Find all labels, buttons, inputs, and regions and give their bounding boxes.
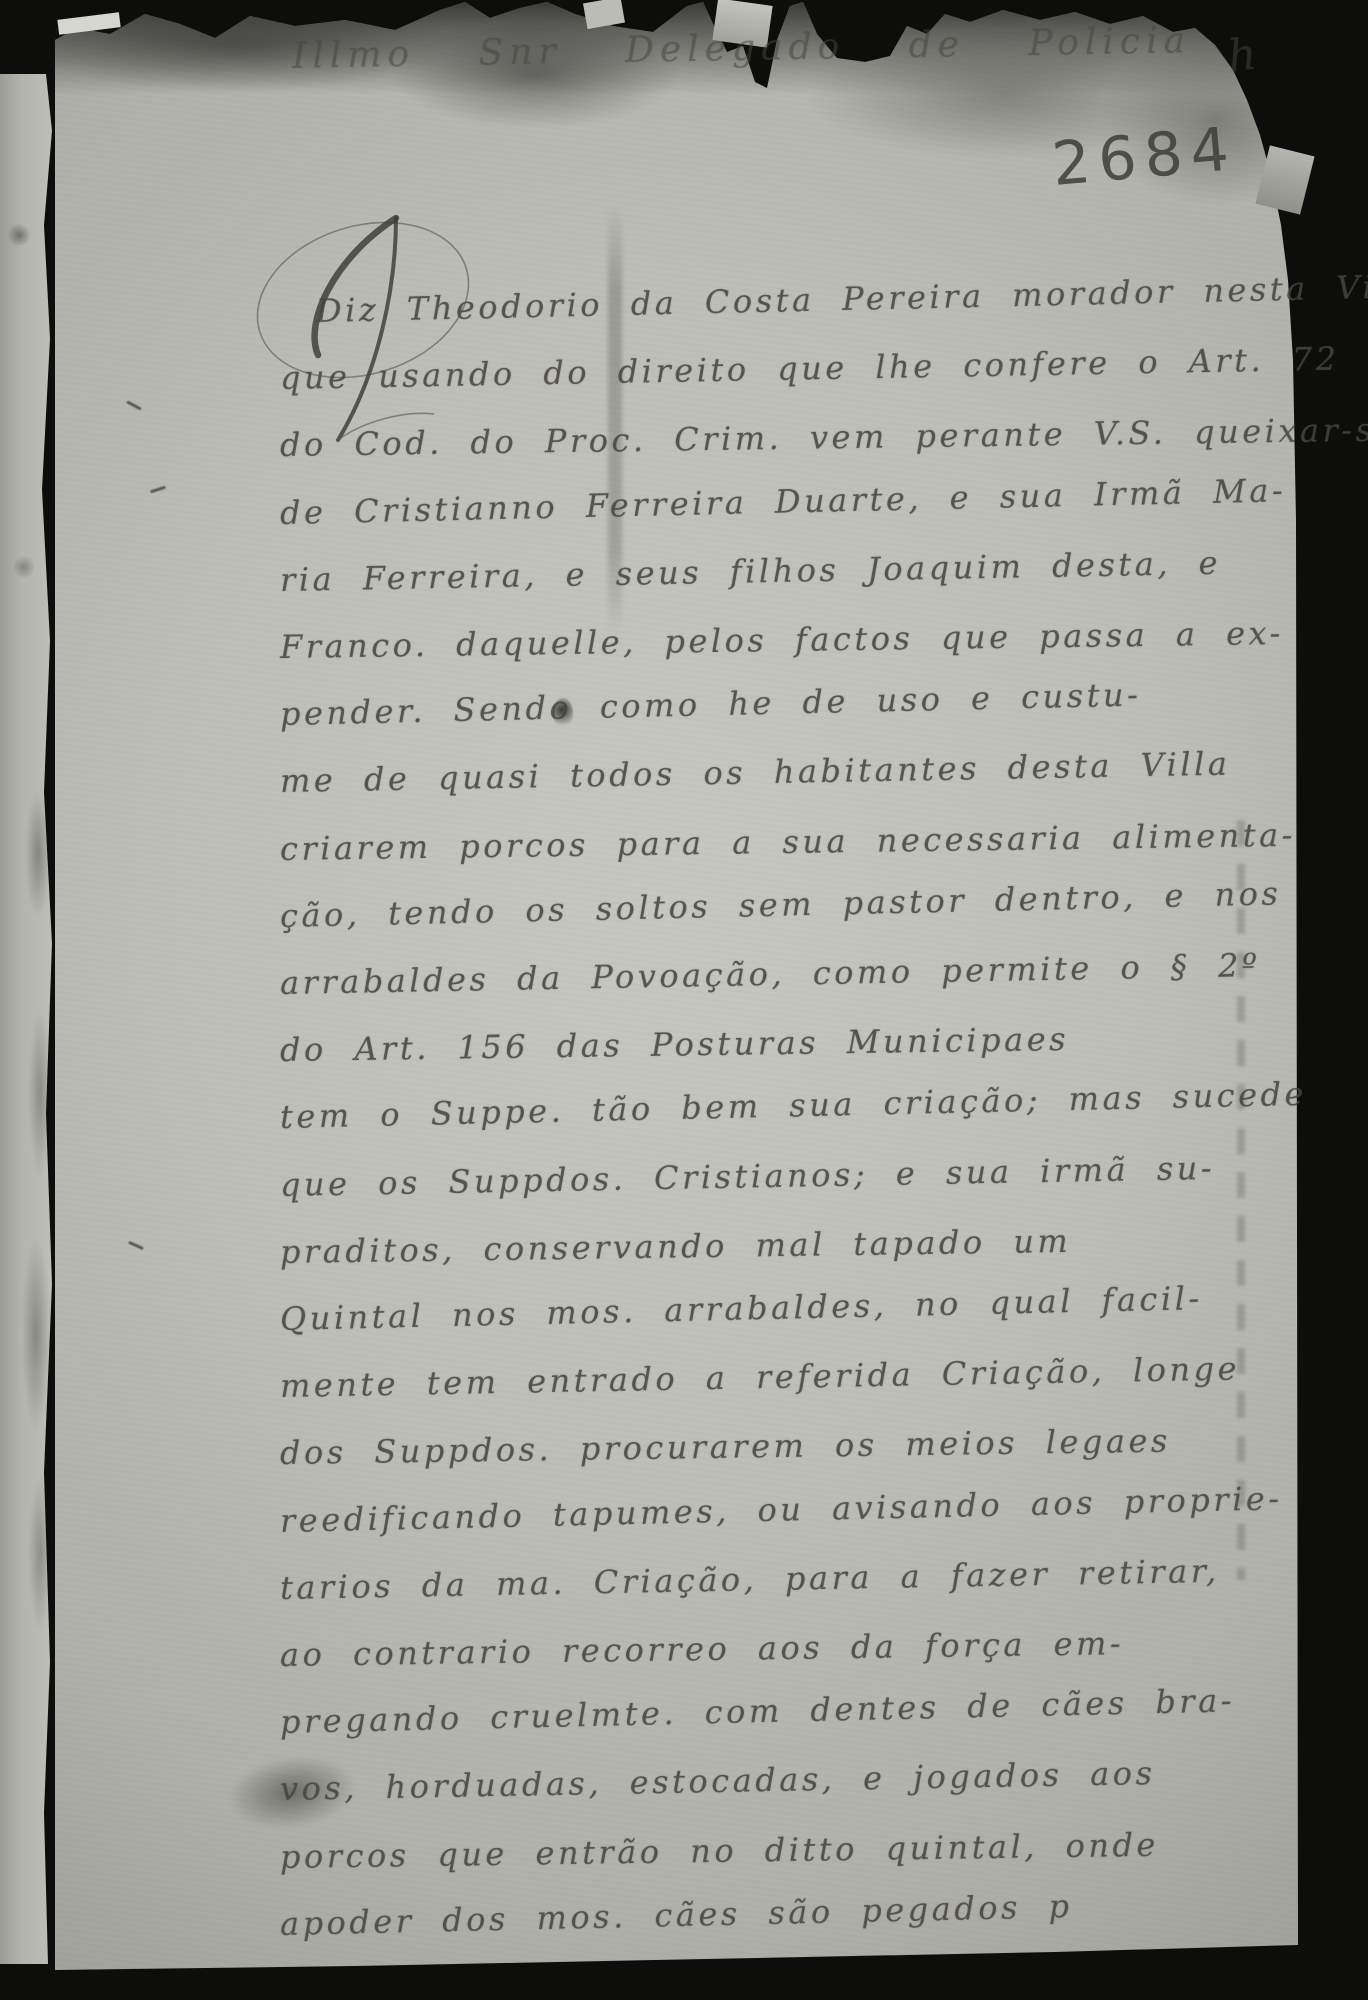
manuscript-line: criarem porcos para a sua necessaria ali… xyxy=(280,815,1296,867)
manuscript-line: ao contrario recorreo aos da força em- xyxy=(280,1624,1125,1674)
manuscript-line: vos, horduadas, estocadas, e jogados aos xyxy=(280,1754,1156,1808)
handwriting-layer: Illmo Snr Delegado de Policia h 2684 Diz… xyxy=(0,0,1368,2000)
manuscript-line: dos Suppdos. procurarem os meios legaes xyxy=(280,1422,1171,1472)
salutation-line: Illmo Snr Delegado de Policia xyxy=(292,20,1192,77)
manuscript-line: que os Suppdos. Cristianos; e sua irmã s… xyxy=(280,1148,1216,1203)
manuscript-line: apoder dos mos. cães são pegados p xyxy=(280,1887,1073,1943)
manuscript-line: de Cristianno Ferreira Duarte, e sua Irm… xyxy=(280,471,1287,532)
manuscript-line: praditos, conservando mal tapado um xyxy=(280,1222,1072,1271)
manuscript-line: ria Ferreira, e seus filhos Joaquim dest… xyxy=(280,544,1222,599)
manuscript-line: tarios da ma. Criação, para a fazer reti… xyxy=(280,1552,1220,1607)
rubric-mark: h xyxy=(1225,29,1259,83)
manuscript-line: mente tem entrado a referida Criação, lo… xyxy=(280,1350,1241,1406)
manuscript-line: pregando cruelmte. com dentes de cães br… xyxy=(280,1682,1236,1742)
manuscript-line: ção, tendo os soltos sem pastor dentro, … xyxy=(280,874,1282,935)
margin-mark xyxy=(150,486,166,494)
scanned-manuscript-page: Illmo Snr Delegado de Policia h 2684 Diz… xyxy=(0,0,1368,2000)
manuscript-line: pender. Sendo como he de uso e custu- xyxy=(280,676,1142,734)
manuscript-line: me de quasi todos os habitantes desta Vi… xyxy=(280,745,1231,800)
manuscript-line: Quintal nos mos. arrabaldes, no qual fac… xyxy=(280,1279,1203,1338)
manuscript-line: arrabaldes da Povoação, como permite o §… xyxy=(280,946,1261,1002)
manuscript-line: do Art. 156 das Posturas Municipaes xyxy=(280,1020,1070,1069)
manuscript-line: reedificando tapumes, ou avisando aos pr… xyxy=(280,1479,1283,1540)
archival-number: 2684 xyxy=(1049,114,1239,200)
manuscript-line: Franco. daquelle, pelos factos que passa… xyxy=(280,614,1284,666)
manuscript-line: porcos que entrão no ditto quintal, onde xyxy=(280,1825,1159,1875)
manuscript-line: tem o Suppe. tão bem sua criação; mas su… xyxy=(280,1075,1308,1136)
margin-mark xyxy=(126,400,142,410)
margin-mark xyxy=(128,1241,144,1250)
